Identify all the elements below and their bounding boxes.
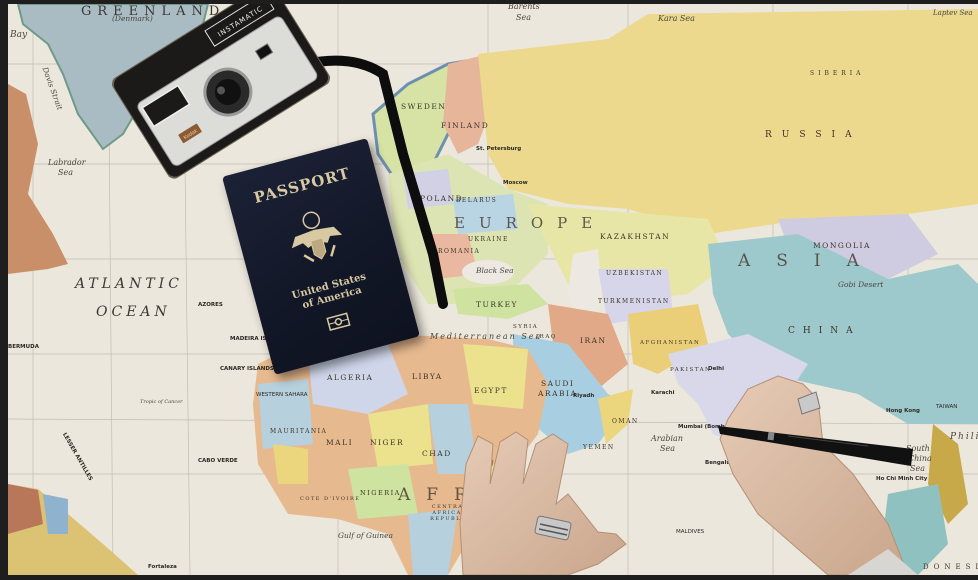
left-hand (460, 432, 626, 575)
hands-with-pen (8, 4, 978, 575)
photo-frame: GREENLAND (Denmark) Bay Davis Strait Lab… (8, 4, 978, 575)
right-hand (720, 376, 918, 575)
